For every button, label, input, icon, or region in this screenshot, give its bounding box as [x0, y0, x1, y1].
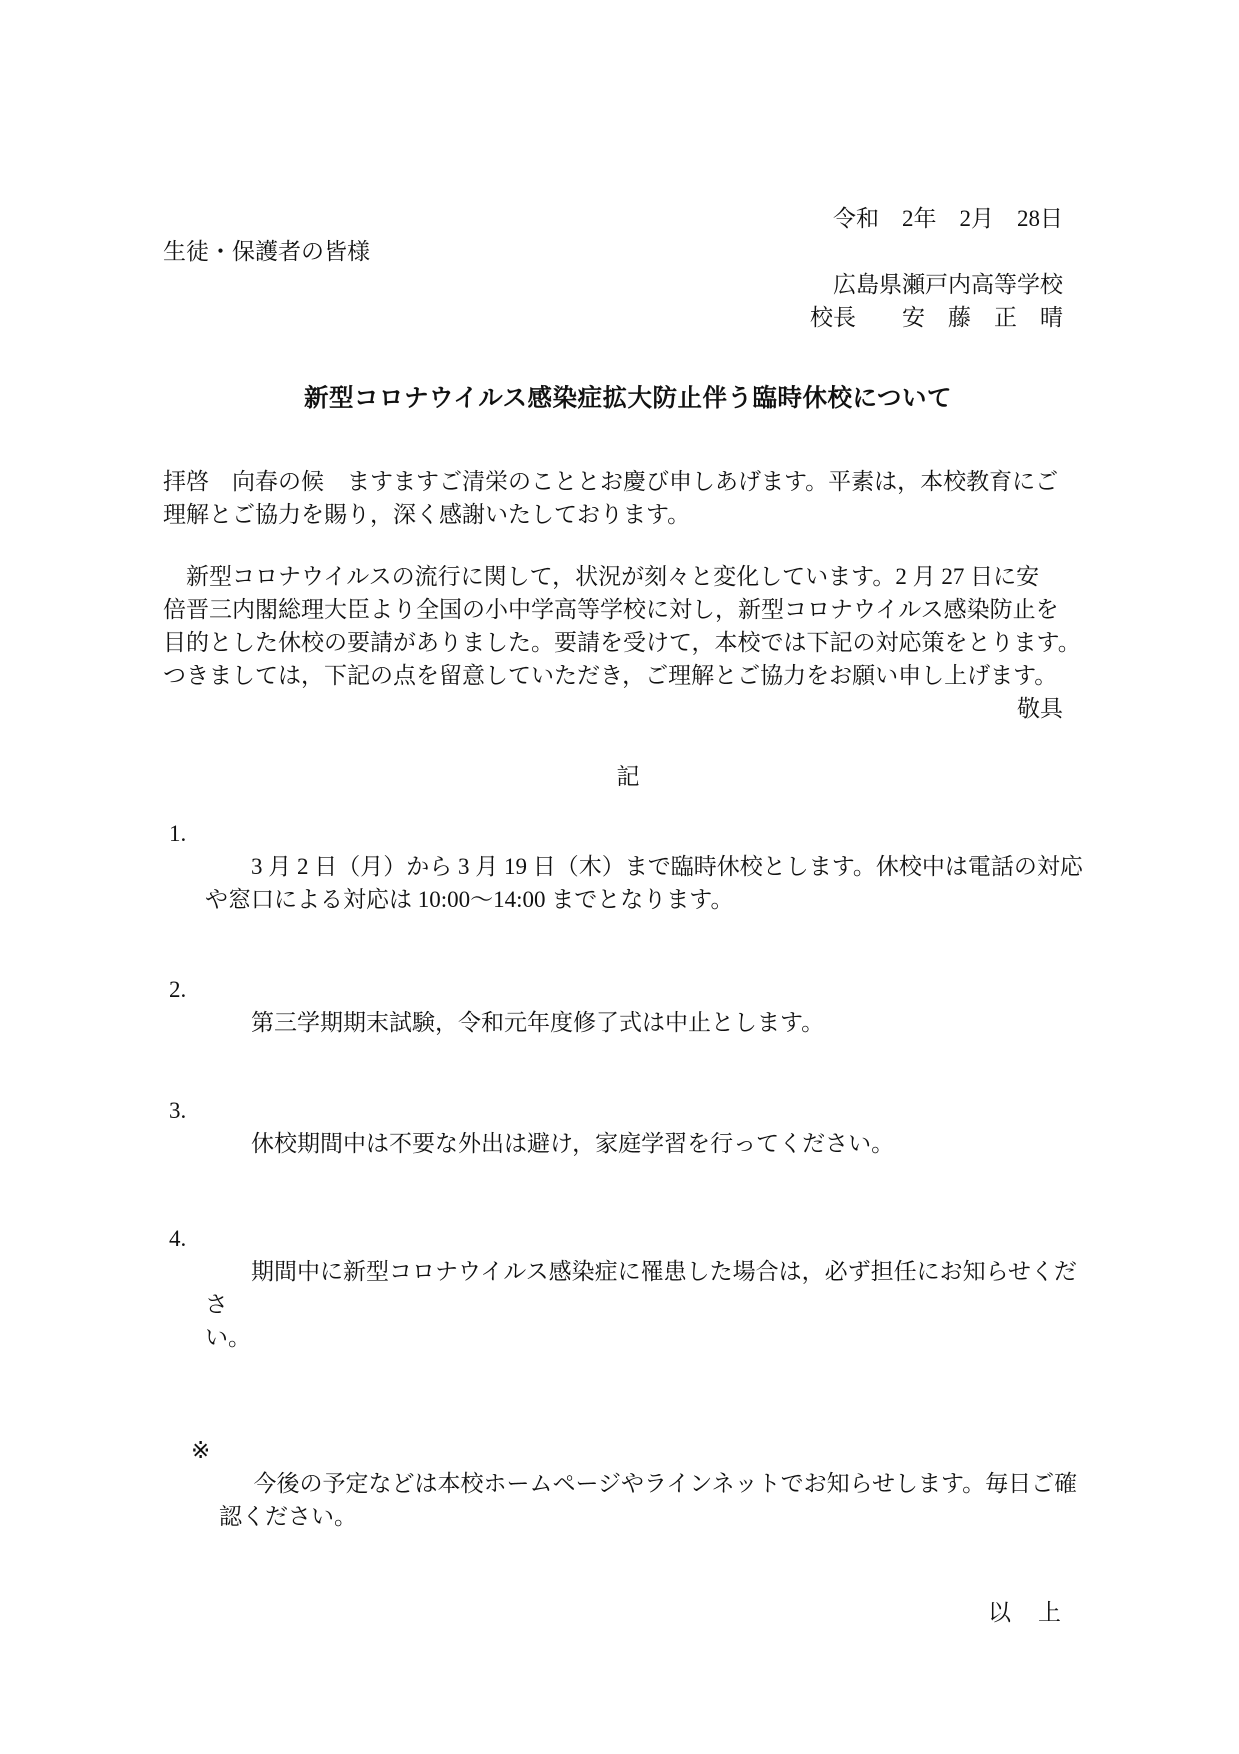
- list-item-exams-cancelled: 2.第三学期期末試験，令和元年度修了式は中止とします。: [163, 973, 1093, 1072]
- list-item-report-infection: 4.期間中に新型コロナウイルス感染症に罹患した場合は，必ず担任にお知らせくださ …: [163, 1222, 1093, 1387]
- issue-date: 令和 2年 2月 28日: [163, 202, 1093, 235]
- note-marker: ※: [191, 1434, 210, 1467]
- list-item-number: 2.: [169, 973, 186, 1006]
- list-item-number: 1.: [169, 817, 186, 850]
- list-item-text: 3 月 2 日（月）から 3 月 19 日（木）まで臨時休校とします。休校中は電…: [205, 854, 1083, 912]
- end-marker: 以 上: [163, 1596, 1093, 1629]
- sender-school: 広島県瀬戸内高等学校: [163, 268, 1093, 301]
- greeting-paragraph: 拝啓 向春の候 ますますご清栄のこととお慶び申しあげます。平素は，本校教育にご …: [163, 465, 1093, 531]
- list-item-text: 期間中に新型コロナウイルス感染症に罹患した場合は，必ず担任にお知らせくださ い。: [205, 1259, 1077, 1350]
- note-text: 今後の予定などは本校ホームページやラインネットでお知らせします。毎日ご確 認くだ…: [219, 1471, 1077, 1529]
- list-item-closure-period: 1.3 月 2 日（月）から 3 月 19 日（木）まで臨時休校とします。休校中…: [163, 817, 1093, 949]
- note: ※今後の予定などは本校ホームページやラインネットでお知らせします。毎日ご確 認く…: [163, 1434, 1093, 1566]
- closing-keigu: 敬具: [163, 692, 1093, 725]
- list-item-stay-home: 3.休校期間中は不要な外出は避け，家庭学習を行ってください。: [163, 1094, 1093, 1193]
- list-item-text: 休校期間中は不要な外出は避け，家庭学習を行ってください。: [251, 1131, 894, 1156]
- list-item-text: 第三学期期末試験，令和元年度修了式は中止とします。: [251, 1010, 824, 1035]
- sender-principal: 校長 安 藤 正 晴: [163, 301, 1093, 334]
- record-marker: 記: [163, 760, 1093, 793]
- document-title: 新型コロナウイルス感染症拡大防止伴う臨時休校について: [163, 382, 1093, 415]
- letter-page: 令和 2年 2月 28日 生徒・保護者の皆様 広島県瀬戸内高等学校 校長 安 藤…: [0, 0, 1239, 1754]
- letter-content: 令和 2年 2月 28日 生徒・保護者の皆様 広島県瀬戸内高等学校 校長 安 藤…: [0, 0, 1239, 1629]
- notice-list: 1.3 月 2 日（月）から 3 月 19 日（木）まで臨時休校とします。休校中…: [163, 817, 1093, 1387]
- list-item-number: 4.: [169, 1222, 186, 1255]
- recipient-line: 生徒・保護者の皆様: [163, 235, 1093, 268]
- list-item-number: 3.: [169, 1094, 186, 1127]
- body-paragraph: 新型コロナウイルスの流行に関して，状況が刻々と変化しています。2 月 27 日に…: [163, 560, 1093, 692]
